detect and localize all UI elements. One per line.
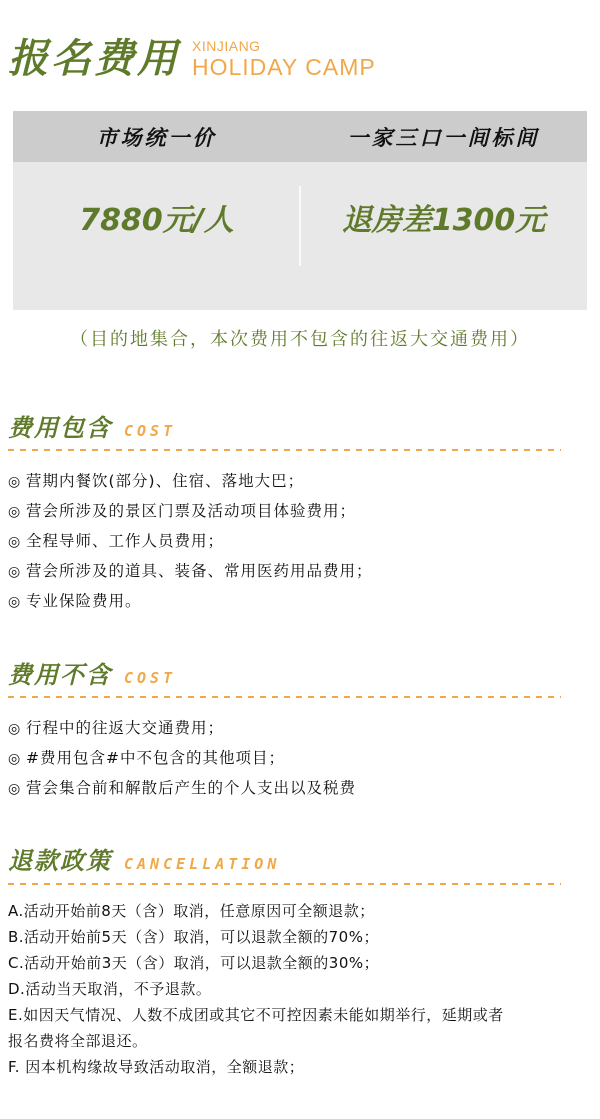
list-item: ◎营会集合前和解散后产生的个人支出以及税费: [8, 774, 356, 804]
section-tag-cancellation: CANCELLATION: [124, 855, 280, 873]
list-item: ◎营会所涉及的景区门票及活动项目体验费用；: [8, 497, 373, 527]
title-english: XINJIANG HOLIDAY CAMP: [192, 38, 376, 80]
list-item-text: 营会所涉及的道具、装备、常用医药用品费用；: [26, 562, 373, 580]
dashed-divider: [8, 883, 561, 885]
list-item-text: 营会所涉及的景区门票及活动项目体验费用；: [26, 502, 356, 520]
policy-item: 报名费将全部退还。: [8, 1028, 504, 1054]
bullet-circle-icon: ◎: [8, 528, 26, 557]
policy-item: C.活动开始前3天（含）取消，可以退款全额的30%；: [8, 950, 504, 976]
section-title-included: 费用包含: [8, 414, 112, 442]
policy-item: E.如因天气情况、人数不成团或其它不可控因素未能如期举行，延期或者: [8, 1002, 504, 1028]
policy-item: A.活动开始前8天（含）取消，任意原因可全额退款；: [8, 898, 504, 924]
list-item: ◎专业保险费用。: [8, 587, 373, 617]
bullet-circle-icon: ◎: [8, 498, 26, 527]
policy-item: F. 因本机构缘故导致活动取消，全额退款；: [8, 1054, 504, 1080]
list-item-text: 营会集合前和解散后产生的个人支出以及税费: [26, 779, 356, 797]
price-header-market: 市场统一价: [13, 111, 300, 162]
list-item: ◎全程导师、工作人员费用；: [8, 527, 373, 557]
policy-item: D.活动当天取消，不予退款。: [8, 976, 504, 1002]
section-title-cancellation: 退款政策: [8, 847, 112, 875]
section-header-cancellation: 退款政策 CANCELLATION: [8, 847, 280, 875]
price-value-room-diff: 退房差1300元: [300, 162, 587, 310]
included-list: ◎营期内餐饮(部分)、住宿、落地大巴； ◎营会所涉及的景区门票及活动项目体验费用…: [8, 467, 373, 617]
bullet-circle-icon: ◎: [8, 558, 26, 587]
section-header-included: 费用包含 COST: [8, 414, 176, 442]
bullet-circle-icon: ◎: [8, 588, 26, 617]
bullet-circle-icon: ◎: [8, 745, 26, 774]
list-item: ◎营期内餐饮(部分)、住宿、落地大巴；: [8, 467, 373, 497]
page-header: 报名费用 XINJIANG HOLIDAY CAMP: [8, 34, 376, 84]
list-item: ◎营会所涉及的道具、装备、常用医药用品费用；: [8, 557, 373, 587]
list-item: ◎行程中的往返大交通费用；: [8, 714, 356, 744]
price-header-room: 一家三口一间标间: [300, 111, 587, 162]
list-item: ◎#费用包含#中不包含的其他项目；: [8, 744, 356, 774]
dashed-divider: [8, 449, 561, 451]
bullet-circle-icon: ◎: [8, 775, 26, 804]
list-item-text: 全程导师、工作人员费用；: [26, 532, 224, 550]
title-subtitle-big: HOLIDAY CAMP: [192, 54, 376, 80]
policy-item: B.活动开始前5天（含）取消，可以退款全额的70%；: [8, 924, 504, 950]
list-item-text: 营期内餐饮(部分)、住宿、落地大巴；: [26, 472, 304, 490]
price-divider: [299, 186, 301, 266]
cancellation-list: A.活动开始前8天（含）取消，任意原因可全额退款； B.活动开始前5天（含）取消…: [8, 898, 504, 1080]
list-item-text: 专业保险费用。: [26, 592, 142, 610]
title-subtitle-small: XINJIANG: [192, 38, 376, 54]
price-table-header: 市场统一价 一家三口一间标间: [13, 111, 587, 162]
dashed-divider: [8, 696, 561, 698]
page-title: 报名费用: [8, 34, 180, 84]
section-header-excluded: 费用不含 COST: [8, 661, 176, 689]
excluded-list: ◎行程中的往返大交通费用； ◎#费用包含#中不包含的其他项目； ◎营会集合前和解…: [8, 714, 356, 804]
section-tag-included: COST: [124, 422, 176, 440]
price-value-per-person: 7880元/人: [13, 162, 300, 310]
list-item-text: #费用包含#中不包含的其他项目；: [26, 749, 285, 767]
section-tag-excluded: COST: [124, 669, 176, 687]
bullet-circle-icon: ◎: [8, 468, 26, 497]
section-title-excluded: 费用不含: [8, 661, 112, 689]
bullet-circle-icon: ◎: [8, 715, 26, 744]
price-table: 市场统一价 一家三口一间标间 7880元/人 退房差1300元: [13, 111, 587, 310]
list-item-text: 行程中的往返大交通费用；: [26, 719, 224, 737]
price-note: （目的地集合，本次费用不包含的往返大交通费用）: [0, 327, 600, 353]
